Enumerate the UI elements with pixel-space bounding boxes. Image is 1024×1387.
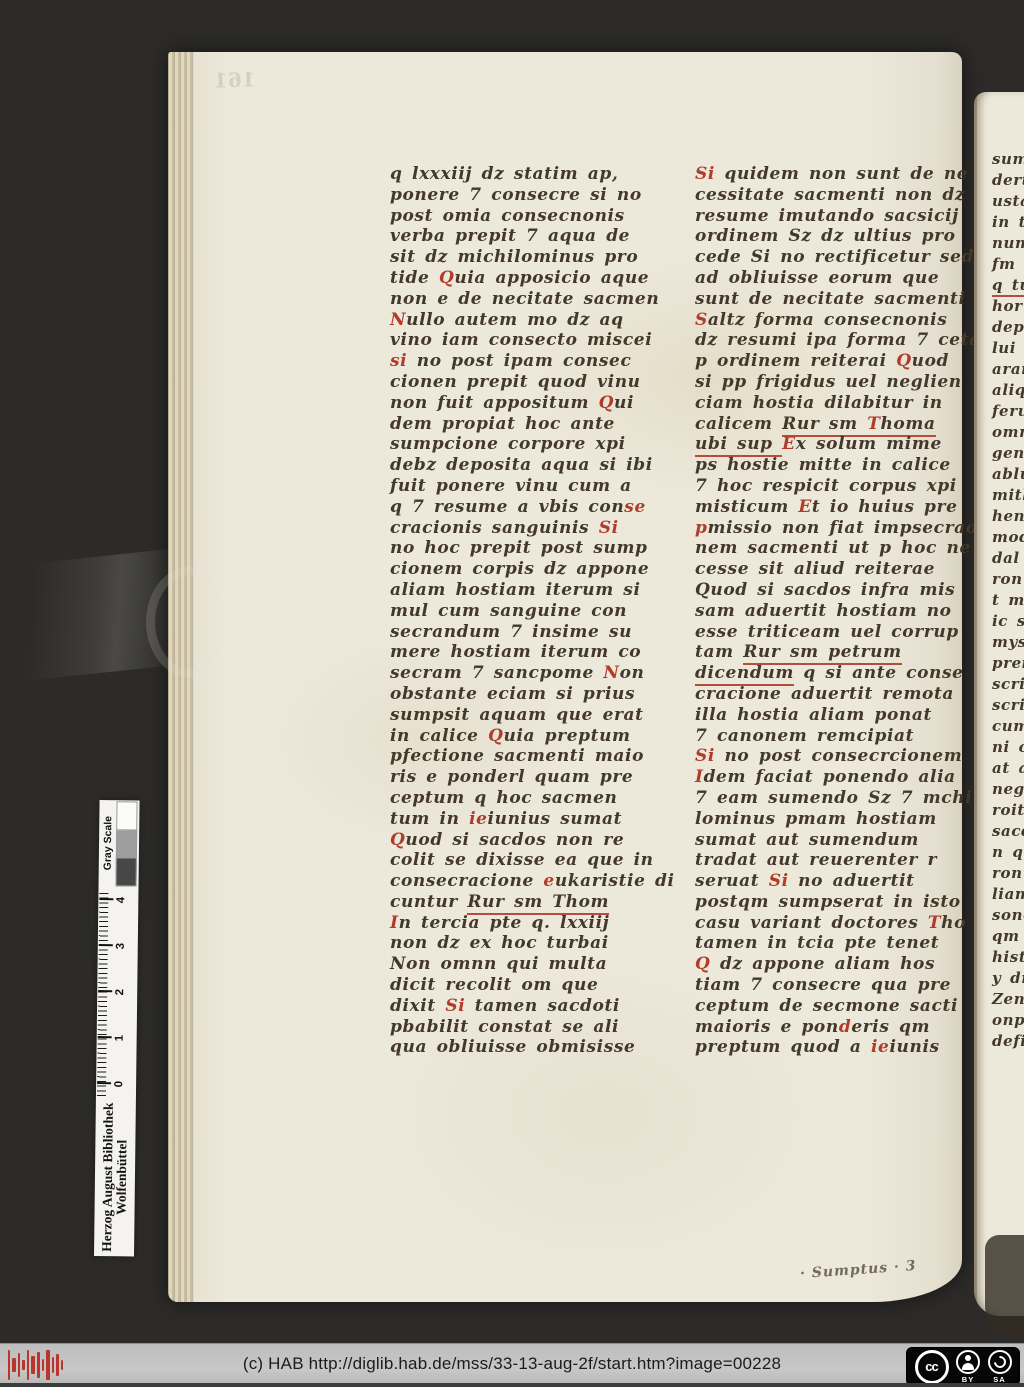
manuscript-line: sumpcione corpore xpi <box>390 434 680 455</box>
manuscript-line: modo <box>992 528 1024 549</box>
manuscript-line: sumat aut sumendum <box>695 830 961 851</box>
manuscript-line: sunt de necitate sacmenti <box>695 289 961 310</box>
manuscript-line: mith <box>992 486 1024 507</box>
manuscript-line: sit dz michilominus pro <box>390 247 680 268</box>
manuscript-line: lominus pmam hostiam <box>695 809 961 830</box>
manuscript-line: p ordinem reiterai Quod <box>695 351 961 372</box>
manuscript-line: qm p e <box>992 927 1024 948</box>
manuscript-line: Non omnn qui multa <box>390 954 680 975</box>
manuscript-line: ni om <box>992 738 1024 759</box>
sliver-text-column: sumdertustain tanumfm 2q tuhor adeprelui… <box>992 150 1024 1053</box>
ruler-unit-tick <box>99 944 113 946</box>
ruler-number: 2 <box>114 989 126 996</box>
manuscript-line: ablun <box>992 465 1024 486</box>
manuscript-line: aliam hostiam iterum si <box>390 580 680 601</box>
manuscript-line: 7 eam sumendo Sz 7 mchi <box>695 788 961 809</box>
manuscript-line: y dmer <box>992 969 1024 990</box>
ruler-unit-tick <box>99 898 113 900</box>
manuscript-line: preid <box>992 654 1024 675</box>
calibration-strip-inner: Herzog August Bibliothek Wolfenbüttel 01… <box>94 800 140 1256</box>
gray-scale-label: Gray Scale <box>101 816 114 870</box>
manuscript-line: lui 7 <box>992 339 1024 360</box>
manuscript-line: cesse sit aliud reiterae <box>695 559 961 580</box>
manuscript-line: ciam hostia dilabitur in <box>695 393 961 414</box>
gray-scale-patch <box>115 829 136 858</box>
quire-catchword: · Sumptus · 3 <box>800 1258 917 1282</box>
calibration-strip: Herzog August Bibliothek Wolfenbüttel 01… <box>94 800 136 1258</box>
manuscript-line: si no post ipam consec <box>390 351 680 372</box>
attribution-person-icon <box>956 1350 980 1374</box>
manuscript-line: neglia <box>992 780 1024 801</box>
page-stack-edges <box>168 52 194 1302</box>
manuscript-line: ceptum de secmone sacti <box>695 996 961 1017</box>
manuscript-line: 7 hoc respicit corpus xpi <box>695 476 961 497</box>
manuscript-line: ps hostie mitte in calice <box>695 455 961 476</box>
manuscript-line: ordinem Sz dz ultius pro <box>695 226 961 247</box>
manuscript-line: cionen prepit quod vinu <box>390 372 680 393</box>
manuscript-line: cracione aduertit remota <box>695 684 961 705</box>
manuscript-line: tum in ieiunius sumat <box>390 809 680 830</box>
gray-scale-patch <box>115 857 136 886</box>
manuscript-line: t m y <box>992 591 1024 612</box>
manuscript-line: ris e ponderl quam pre <box>390 767 680 788</box>
manuscript-line: sonon <box>992 906 1024 927</box>
manuscript-line: nem sacmenti ut p hoc ne <box>695 538 961 559</box>
ruler-unit-tick <box>98 990 112 992</box>
manuscript-line: fuit ponere vinu cum a <box>390 476 680 497</box>
manuscript-line: non e de necitate sacmen <box>390 289 680 310</box>
manuscript-line: ponere 7 consecre si no <box>390 185 680 206</box>
manuscript-line: debz deposita aqua si ibi <box>390 455 680 476</box>
manuscript-line: calicem Rur sm Thoma <box>695 414 961 435</box>
manuscript-line: casu variant doctores Tho <box>695 913 961 934</box>
manuscript-line: gent <box>992 444 1024 465</box>
manuscript-line: vino iam consecto miscei <box>390 330 680 351</box>
manuscript-line: ron ua <box>992 570 1024 591</box>
manuscript-line: hor a <box>992 297 1024 318</box>
manuscript-line: num <box>992 234 1024 255</box>
manuscript-line: mysti <box>992 633 1024 654</box>
manuscript-line: tam Rur sm petrum <box>695 642 961 663</box>
manuscript-line: ceptum q hoc sacmen <box>390 788 680 809</box>
manuscript-line: dal ne <box>992 549 1024 570</box>
footer-bar: (c) HAB http://diglib.hab.de/mss/33-13-a… <box>0 1343 1024 1387</box>
folio-number-ghost: 161 <box>214 67 257 92</box>
manuscript-line: pmissio non fiat impsecrao <box>695 518 961 539</box>
manuscript-line: cuntur Rur sm Thom <box>390 892 680 913</box>
manuscript-line: hende <box>992 507 1024 528</box>
ruler-number: 4 <box>115 897 127 904</box>
ruler-unit-tick <box>97 1082 111 1084</box>
manuscript-line: Nullo autem mo dz aq <box>390 310 680 331</box>
manuscript-line: omni <box>992 423 1024 444</box>
manuscript-line: cede Si no rectificetur sed <box>695 247 961 268</box>
manuscript-line: illa hostia aliam ponat <box>695 705 961 726</box>
manuscript-line: q tu <box>992 276 1024 297</box>
manuscript-line: resume imutando sacsicij <box>695 206 961 227</box>
institution-line2: Wolfenbüttel <box>114 1098 130 1256</box>
manuscript-line: Quod si sacdos infra mis <box>695 580 961 601</box>
manuscript-line: si pp frigidus uel neglien <box>695 372 961 393</box>
manuscript-line: mul cum sanguine con <box>390 601 680 622</box>
calibration-ruler: 01234 <box>96 886 139 1098</box>
manuscript-line: depre <box>992 318 1024 339</box>
ruler-number: 0 <box>113 1081 125 1088</box>
manuscript-line: ic sac <box>992 612 1024 633</box>
manuscript-line: postqm sumpserat in isto <box>695 892 961 913</box>
ruler-number: 1 <box>114 1035 126 1042</box>
manuscript-line: cessitate sacmenti non dz <box>695 185 961 206</box>
manuscript-line: post omia consecnonis <box>390 206 680 227</box>
manuscript-line: cionem corpis dz appone <box>390 559 680 580</box>
manuscript-line: secram 7 sancpome Non <box>390 663 680 684</box>
manuscript-line: Zeno <box>992 990 1024 1011</box>
manuscript-line: preptum quod a ieiunis <box>695 1037 961 1058</box>
manuscript-line: seruat Si no aduertit <box>695 871 961 892</box>
manuscript-line: non dz ex hoc turbai <box>390 933 680 954</box>
manuscript-column-right: Si quidem non sunt de necessitate sacmen… <box>695 164 961 1058</box>
ruler-minor-ticks <box>97 890 109 1096</box>
manuscript-line: Idem faciat ponendo alia <box>695 767 961 788</box>
gray-scale-patches <box>115 801 137 885</box>
manuscript-line: sam aduertit hostiam no <box>695 601 961 622</box>
manuscript-line: Si quidem non sunt de ne <box>695 164 961 185</box>
manuscript-line: ferue <box>992 402 1024 423</box>
manuscript-line: Si no post consecrcionem <box>695 746 961 767</box>
manuscript-column-left: q lxxxiij dz statim ap,ponere 7 consecre… <box>390 164 680 1058</box>
manuscript-line: secrandum 7 insime su <box>390 622 680 643</box>
manuscript-line: aram <box>992 360 1024 381</box>
manuscript-line: scrine <box>992 696 1024 717</box>
manuscript-page: 161 q lxxxiij dz statim ap,ponere 7 cons… <box>168 52 962 1302</box>
manuscript-line: dem propiat hoc ante <box>390 414 680 435</box>
manuscript-line: roit du <box>992 801 1024 822</box>
manuscript-line: dixit Si tamen sacdoti <box>390 996 680 1017</box>
manuscript-line: obstante eciam si prius <box>390 684 680 705</box>
manuscript-line: colit se dixisse ea que in <box>390 850 680 871</box>
manuscript-line: fm 2 <box>992 255 1024 276</box>
manuscript-line: verba prepit 7 aqua de <box>390 226 680 247</box>
manuscript-line: aliqu <box>992 381 1024 402</box>
manuscript-line: usta <box>992 192 1024 213</box>
manuscript-line: cracionis sanguinis Si <box>390 518 680 539</box>
manuscript-line: ad obliuisse eorum que <box>695 268 961 289</box>
manuscript-line: dz resumi ipa forma 7 ceta <box>695 330 961 351</box>
ruler-number: 3 <box>115 943 127 950</box>
cc-by-block: BY <box>956 1350 980 1384</box>
manuscript-line: q lxxxiij dz statim ap, <box>390 164 680 185</box>
manuscript-line: pbabilit constat se ali <box>390 1017 680 1038</box>
manuscript-line: tiam 7 consecre qua pre <box>695 975 961 996</box>
manuscript-line: in ta <box>992 213 1024 234</box>
manuscript-line: non fuit appositum Qui <box>390 393 680 414</box>
manuscript-line: 7 canonem remcipiat <box>695 726 961 747</box>
manuscript-line: sum <box>992 150 1024 171</box>
cc-sa-block: SA <box>988 1350 1012 1384</box>
manuscript-line: defiam <box>992 1032 1024 1053</box>
manuscript-line: Saltz forma consecnonis <box>695 310 961 331</box>
manuscript-line: sacdos <box>992 822 1024 843</box>
manuscript-line: tradat aut reuerenter r <box>695 850 961 871</box>
copyright-url-text: (c) HAB http://diglib.hab.de/mss/33-13-a… <box>0 1354 1024 1374</box>
manuscript-line: liam p <box>992 885 1024 906</box>
gray-scale-block: Gray Scale <box>101 800 137 886</box>
manuscript-line: histoa <box>992 948 1024 969</box>
manuscript-line: no hoc prepit post sump <box>390 538 680 559</box>
manuscript-line: consecracione eukaristie di <box>390 871 680 892</box>
manuscript-line: misticum Et io huius pre <box>695 497 961 518</box>
manuscript-line: pfectione sacmenti maio <box>390 746 680 767</box>
manuscript-line: Quod si sacdos non re <box>390 830 680 851</box>
facing-page-sliver: sumdertustain tanumfm 2q tuhor adeprelui… <box>974 92 1024 1316</box>
manuscript-line: dicit recolit om que <box>390 975 680 996</box>
manuscript-line: esse triticeam uel corrup <box>695 622 961 643</box>
manuscript-line: dert <box>992 171 1024 192</box>
footer-bottom-band <box>0 1383 1024 1387</box>
cc-license-badge[interactable]: cc BY SA <box>906 1347 1020 1386</box>
cc-logo-icon: cc <box>915 1350 949 1384</box>
manuscript-line: dicendum q si ante conse <box>695 663 961 684</box>
manuscript-line: ubi sup Ex solum mime <box>695 434 961 455</box>
gray-scale-patch <box>116 801 137 830</box>
manuscript-line: in calice Quia preptum <box>390 726 680 747</box>
manuscript-line: scrip <box>992 675 1024 696</box>
manuscript-line: tide Quia apposicio aque <box>390 268 680 289</box>
manuscript-line: In tercia pte q. lxxiij <box>390 913 680 934</box>
manuscript-line: maioris e ponderis qm <box>695 1017 961 1038</box>
manuscript-line: sumpsit aquam que erat <box>390 705 680 726</box>
manuscript-line: qua obliuisse obmisisse <box>390 1037 680 1058</box>
institution-label: Herzog August Bibliothek Wolfenbüttel <box>100 1098 130 1256</box>
share-alike-icon <box>988 1350 1012 1374</box>
manuscript-line: q 7 resume a vbis conse <box>390 497 680 518</box>
manuscript-line: mere hostiam iterum co <box>390 642 680 663</box>
ruler-unit-tick <box>98 1036 112 1038</box>
book-edge-corner <box>985 1235 1024 1339</box>
manuscript-line: Q dz appone aliam hos <box>695 954 961 975</box>
manuscript-line: tamen in tcia pte tenet <box>695 933 961 954</box>
manuscript-line: ron hy <box>992 864 1024 885</box>
manuscript-line: at a n <box>992 759 1024 780</box>
manuscript-line: cum <box>992 717 1024 738</box>
manuscript-line: onpe <box>992 1011 1024 1032</box>
manuscript-line: n qua <box>992 843 1024 864</box>
